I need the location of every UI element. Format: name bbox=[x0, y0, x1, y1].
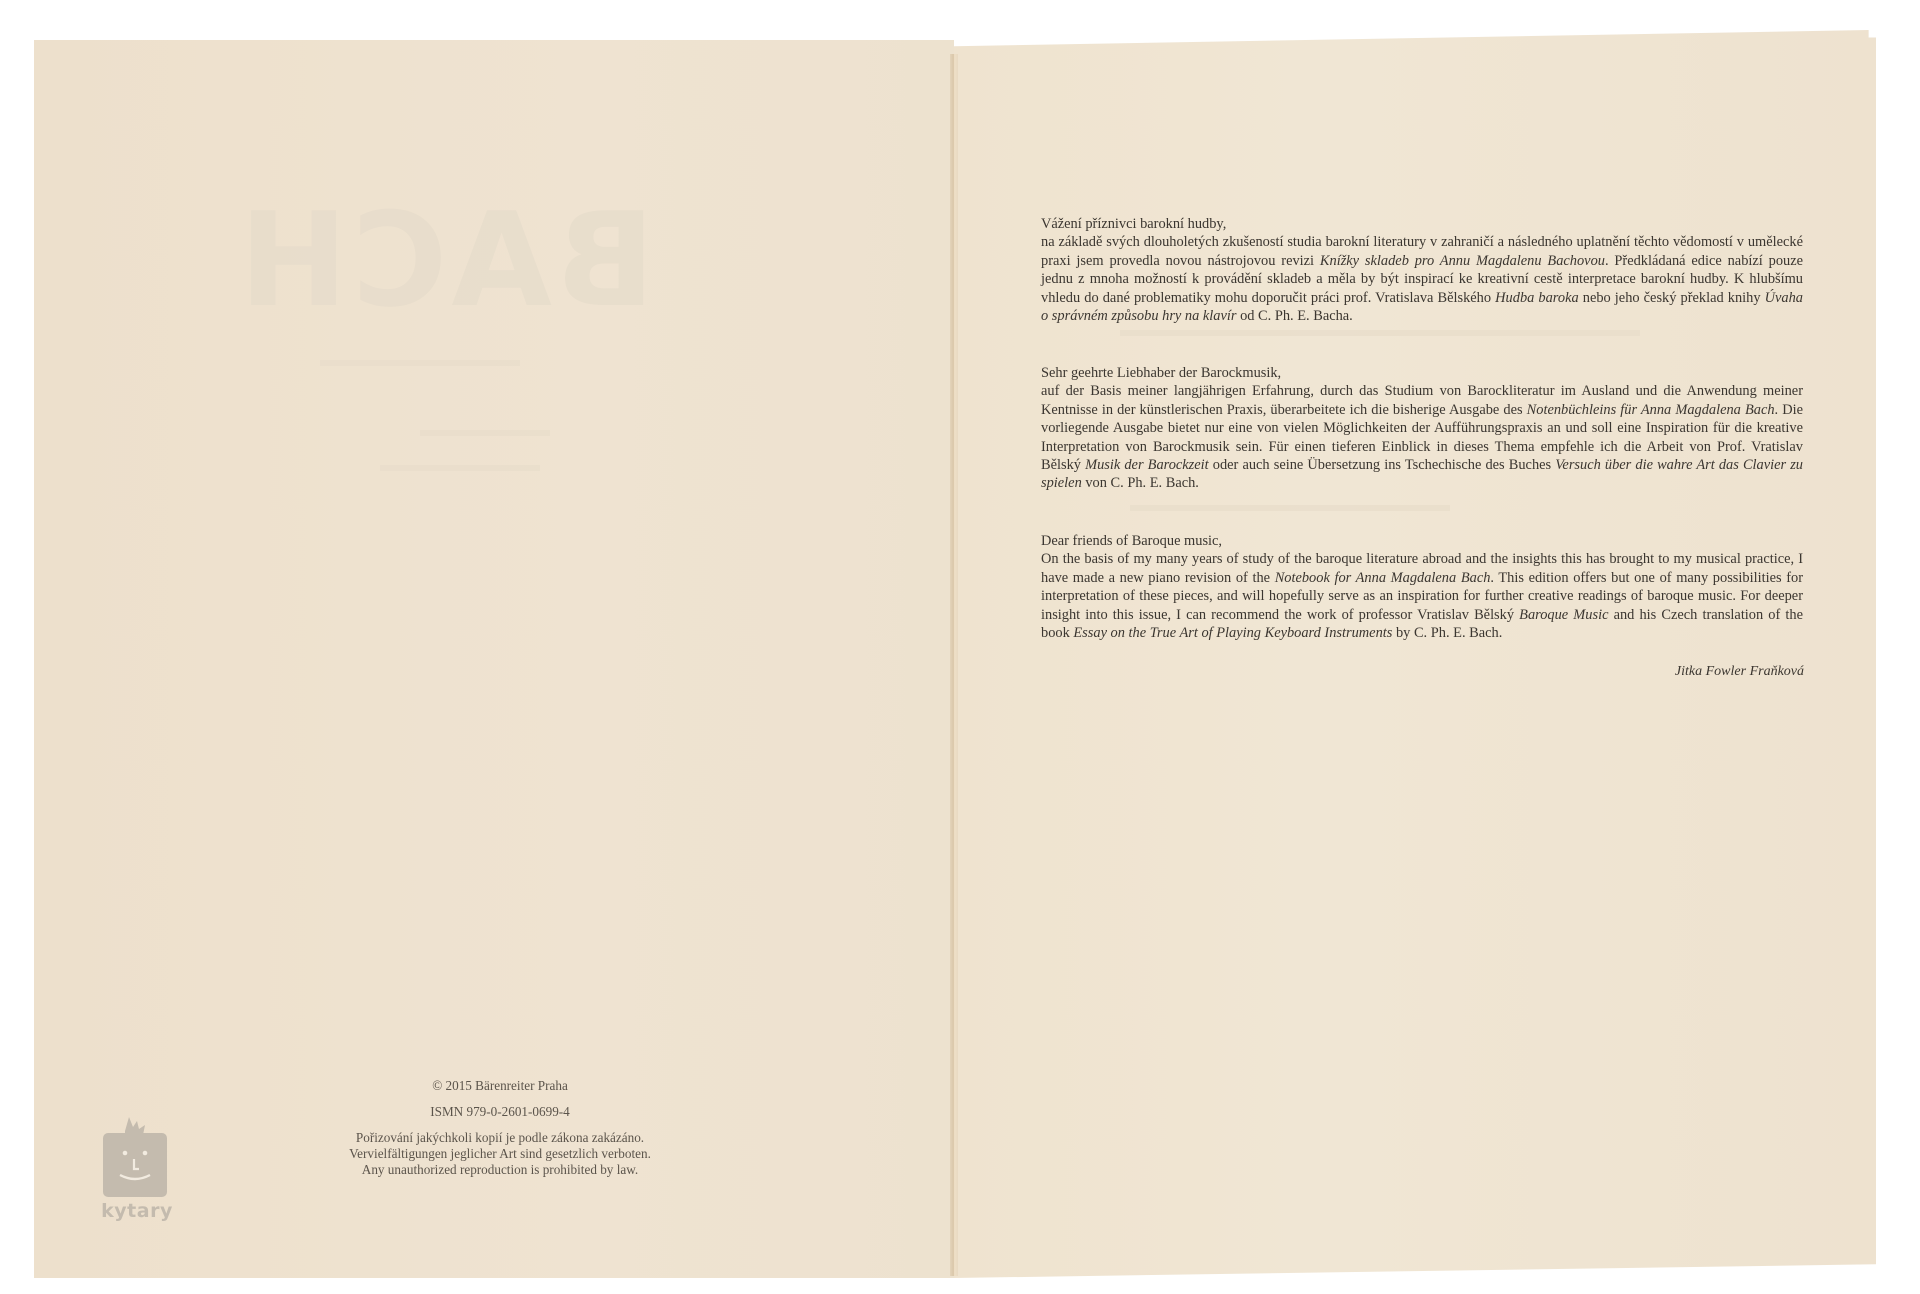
foreword-german: Sehr geehrte Liebhaber der Barockmusik, … bbox=[1041, 364, 1803, 493]
paragraph-german: auf der Basis meiner langjährigen Erfahr… bbox=[1041, 382, 1803, 492]
title-italic: Musik der Barockzeit bbox=[1085, 457, 1209, 473]
title-italic: Hudba baroka bbox=[1495, 290, 1579, 306]
book-spine bbox=[950, 54, 958, 1276]
foreword-english: Dear friends of Baroque music, On the ba… bbox=[1041, 532, 1803, 642]
title-italic: Notenbüchleins für Anna Magdalena Bach bbox=[1527, 402, 1775, 418]
title-italic: Knížky skladeb pro Annu Magdalenu Bachov… bbox=[1320, 253, 1605, 269]
foreword-czech: Vážení příznivci barokní hudby, na zákla… bbox=[1041, 215, 1803, 325]
copyright-line: © 2015 Bärenreiter Praha bbox=[300, 1078, 700, 1094]
copy-notice-de: Vervielfältigungen jeglicher Art sind ge… bbox=[300, 1146, 700, 1162]
greeting-english: Dear friends of Baroque music, bbox=[1041, 532, 1803, 550]
author-signature: Jitka Fowler Fraňková bbox=[1675, 664, 1804, 680]
title-italic: Essay on the True Art of Playing Keyboar… bbox=[1073, 625, 1392, 641]
copy-notice-cz: Pořizování jakýchkoli kopií je podle zák… bbox=[300, 1130, 700, 1146]
ismn-line: ISMN 979-0-2601-0699-4 bbox=[300, 1104, 700, 1120]
watermark-label: kytary bbox=[100, 1200, 174, 1222]
imprint: © 2015 Bärenreiter Praha ISMN 979-0-2601… bbox=[300, 1078, 700, 1178]
greeting-german: Sehr geehrte Liebhaber der Barockmusik, bbox=[1041, 364, 1803, 382]
copy-notice-en: Any unauthorized reproduction is prohibi… bbox=[300, 1162, 700, 1178]
title-italic: Notebook for Anna Magdalena Bach bbox=[1275, 570, 1491, 586]
paragraph-english: On the basis of my many years of study o… bbox=[1041, 550, 1803, 642]
title-italic: Baroque Music bbox=[1519, 607, 1608, 623]
paragraph-czech: na základě svých dlouholetých zkušeností… bbox=[1041, 233, 1803, 325]
greeting-czech: Vážení příznivci barokní hudby, bbox=[1041, 215, 1803, 233]
bleed-through-title: BACH bbox=[355, 205, 655, 315]
